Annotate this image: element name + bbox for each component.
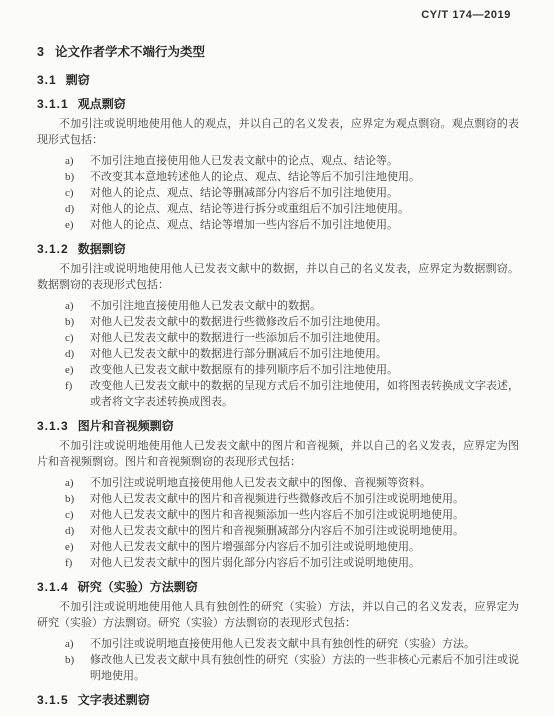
item-text: 不加引注地直接使用他人已发表文献中的论点、观点、结论等。	[90, 153, 519, 169]
subsection-3-1-2: 3.1.2数据剽窃 不加引注或说明地使用他人已发表文献中的数据，并以自己的名义发…	[37, 242, 519, 410]
list-item: b)对他人已发表文献中的数据进行些微修改后不加引注地使用。	[65, 314, 519, 330]
item-label: d)	[65, 201, 90, 217]
list-item: a)不加引注或说明地直接使用他人已发表文献中的图像、音视频等资料。	[65, 475, 519, 491]
item-label: e)	[65, 217, 90, 233]
item-text: 改变他人已发表文献中的数据的呈现方式后不加引注地使用，如将图表转换成文字表述，或…	[90, 378, 519, 410]
list-item: d)对他人已发表文献中的数据进行部分删减后不加引注地使用。	[65, 346, 519, 362]
list-item: a)不加引注或说明地直接使用他人已发表文献中具有独创性的研究（实验）方法。	[65, 636, 519, 652]
item-text: 对他人已发表文献中的图片和音视频添加一些内容后不加引注或说明地使用。	[90, 507, 519, 523]
subsection-3-1-5: 3.1.5文字表述剽窃	[37, 693, 519, 708]
item-label: b)	[65, 652, 90, 684]
subsection-title: 数据剽窃	[78, 242, 126, 256]
item-label: a)	[65, 153, 90, 169]
section-heading: 3.1剽窃	[37, 73, 519, 88]
list-item: c)对他人已发表文献中的图片和音视频添加一些内容后不加引注或说明地使用。	[65, 507, 519, 523]
item-text: 改变他人已发表文献中数据原有的排列顺序后不加引注地使用。	[90, 362, 519, 378]
subsection-heading: 3.1.1观点剽窃	[37, 97, 519, 112]
item-text: 对他人已发表文献中的图片和音视频进行些微修改后不加引注或说明地使用。	[90, 491, 519, 507]
item-text: 不加引注或说明地直接使用他人已发表文献中的图像、音视频等资料。	[90, 475, 519, 491]
subsection-number: 3.1.1	[37, 97, 69, 111]
list-item: a)不加引注地直接使用他人已发表文献中的数据。	[65, 298, 519, 314]
item-label: c)	[65, 507, 90, 523]
list-item: e)对他人已发表文献中的图片增强部分内容后不加引注或说明地使用。	[65, 539, 519, 555]
chapter-number: 3	[37, 45, 44, 59]
subsection-intro: 不加引注或说明地使用他人已发表文献中的数据，并以自己的名义发表，应界定为数据剽窃…	[37, 261, 519, 293]
list-item: d)对他人已发表文献中的图片和音视频删减部分内容后不加引注或说明地使用。	[65, 523, 519, 539]
item-text: 对他人已发表文献中的图片增强部分内容后不加引注或说明地使用。	[90, 539, 519, 555]
list-item: c)对他人已发表文献中的数据进行一些添加后不加引注地使用。	[65, 330, 519, 346]
subsection-number: 3.1.4	[37, 580, 69, 594]
list-item: b)修改他人已发表文献中具有独创性的研究（实验）方法的一些非核心元素后不加引注或…	[65, 652, 519, 684]
list-item: f)对他人已发表文献中的图片弱化部分内容后不加引注或说明地使用。	[65, 555, 519, 571]
doc-code: CY/T 174—2019	[421, 9, 511, 21]
item-text: 对他人已发表文献中的数据进行一些添加后不加引注地使用。	[90, 330, 519, 346]
item-text: 对他人的论点、观点、结论等删减部分内容后不加引注地使用。	[90, 185, 519, 201]
item-label: c)	[65, 330, 90, 346]
item-text: 修改他人已发表文献中具有独创性的研究（实验）方法的一些非核心元素后不加引注或说明…	[90, 652, 519, 684]
list-item: b)对他人已发表文献中的图片和音视频进行些微修改后不加引注或说明地使用。	[65, 491, 519, 507]
item-label: d)	[65, 523, 90, 539]
item-text: 对他人已发表文献中的图片和音视频删减部分内容后不加引注或说明地使用。	[90, 523, 519, 539]
subsection-number: 3.1.3	[37, 419, 69, 433]
item-label: b)	[65, 169, 90, 185]
list-item: d)对他人的论点、观点、结论等进行拆分或重组后不加引注地使用。	[65, 201, 519, 217]
subsection-3-1-3: 3.1.3图片和音视频剽窃 不加引注或说明地使用他人已发表文献中的图片和音视频，…	[37, 419, 519, 571]
item-label: e)	[65, 539, 90, 555]
item-list: a)不加引注地直接使用他人已发表文献中的论点、观点、结论等。b)不改变其本意地转…	[37, 153, 519, 233]
subsection-heading: 3.1.4研究（实验）方法剽窃	[37, 580, 519, 595]
item-text: 对他人已发表文献中的数据进行部分删减后不加引注地使用。	[90, 346, 519, 362]
item-label: a)	[65, 475, 90, 491]
item-label: e)	[65, 362, 90, 378]
item-label: b)	[65, 314, 90, 330]
subsection-title: 研究（实验）方法剽窃	[78, 580, 198, 594]
item-label: d)	[65, 346, 90, 362]
subsection-title: 图片和音视频剽窃	[78, 419, 174, 433]
list-item: a)不加引注地直接使用他人已发表文献中的论点、观点、结论等。	[65, 153, 519, 169]
item-label: a)	[65, 636, 90, 652]
section-number: 3.1	[37, 73, 57, 87]
item-text: 对他人的论点、观点、结论等增加一些内容后不加引注地使用。	[90, 217, 519, 233]
chapter-heading: 3论文作者学术不端行为类型	[37, 45, 519, 60]
subsection-title: 观点剽窃	[78, 97, 126, 111]
item-label: f)	[65, 378, 90, 410]
subsection-intro: 不加引注或说明地使用他人的观点，并以自己的名义发表，应界定为观点剽窃。观点剽窃的…	[37, 116, 519, 148]
section-title: 剽窃	[66, 73, 90, 87]
subsection-intro: 不加引注或说明地使用他人已发表文献中的图片和音视频，并以自己的名义发表，应界定为…	[37, 438, 519, 470]
subsection-intro: 不加引注或说明地使用他人具有独创性的研究（实验）方法，并以自己的名义发表，应界定…	[37, 599, 519, 631]
item-text: 对他人的论点、观点、结论等进行拆分或重组后不加引注地使用。	[90, 201, 519, 217]
item-list: a)不加引注地直接使用他人已发表文献中的数据。b)对他人已发表文献中的数据进行些…	[37, 298, 519, 410]
item-text: 不加引注地直接使用他人已发表文献中的数据。	[90, 298, 519, 314]
subsection-heading: 3.1.5文字表述剽窃	[37, 693, 519, 708]
document-page: CY/T 174—2019 3论文作者学术不端行为类型 3.1剽窃 3.1.1观…	[0, 0, 554, 716]
item-text: 对他人已发表文献中的图片弱化部分内容后不加引注或说明地使用。	[90, 555, 519, 571]
subsection-3-1-4: 3.1.4研究（实验）方法剽窃 不加引注或说明地使用他人具有独创性的研究（实验）…	[37, 580, 519, 684]
item-label: f)	[65, 555, 90, 571]
item-text: 不加引注或说明地直接使用他人已发表文献中具有独创性的研究（实验）方法。	[90, 636, 519, 652]
item-label: a)	[65, 298, 90, 314]
item-text: 不改变其本意地转述他人的论点、观点、结论等后不加引注地使用。	[90, 169, 519, 185]
subsection-number: 3.1.5	[37, 693, 69, 707]
item-label: b)	[65, 491, 90, 507]
list-item: c)对他人的论点、观点、结论等删减部分内容后不加引注地使用。	[65, 185, 519, 201]
subsection-number: 3.1.2	[37, 242, 69, 256]
document-content: 3论文作者学术不端行为类型 3.1剽窃 3.1.1观点剽窃 不加引注或说明地使用…	[37, 38, 519, 708]
chapter-title: 论文作者学术不端行为类型	[55, 45, 205, 59]
list-item: e)对他人的论点、观点、结论等增加一些内容后不加引注地使用。	[65, 217, 519, 233]
subsection-heading: 3.1.2数据剽窃	[37, 242, 519, 257]
subsection-3-1-1: 3.1.1观点剽窃 不加引注或说明地使用他人的观点，并以自己的名义发表，应界定为…	[37, 97, 519, 233]
item-label: c)	[65, 185, 90, 201]
list-item: f)改变他人已发表文献中的数据的呈现方式后不加引注地使用，如将图表转换成文字表述…	[65, 378, 519, 410]
list-item: b)不改变其本意地转述他人的论点、观点、结论等后不加引注地使用。	[65, 169, 519, 185]
subsection-heading: 3.1.3图片和音视频剽窃	[37, 419, 519, 434]
list-item: e)改变他人已发表文献中数据原有的排列顺序后不加引注地使用。	[65, 362, 519, 378]
item-list: a)不加引注或说明地直接使用他人已发表文献中的图像、音视频等资料。b)对他人已发…	[37, 475, 519, 571]
item-list: a)不加引注或说明地直接使用他人已发表文献中具有独创性的研究（实验）方法。b)修…	[37, 636, 519, 684]
item-text: 对他人已发表文献中的数据进行些微修改后不加引注地使用。	[90, 314, 519, 330]
subsection-title: 文字表述剽窃	[78, 693, 150, 707]
